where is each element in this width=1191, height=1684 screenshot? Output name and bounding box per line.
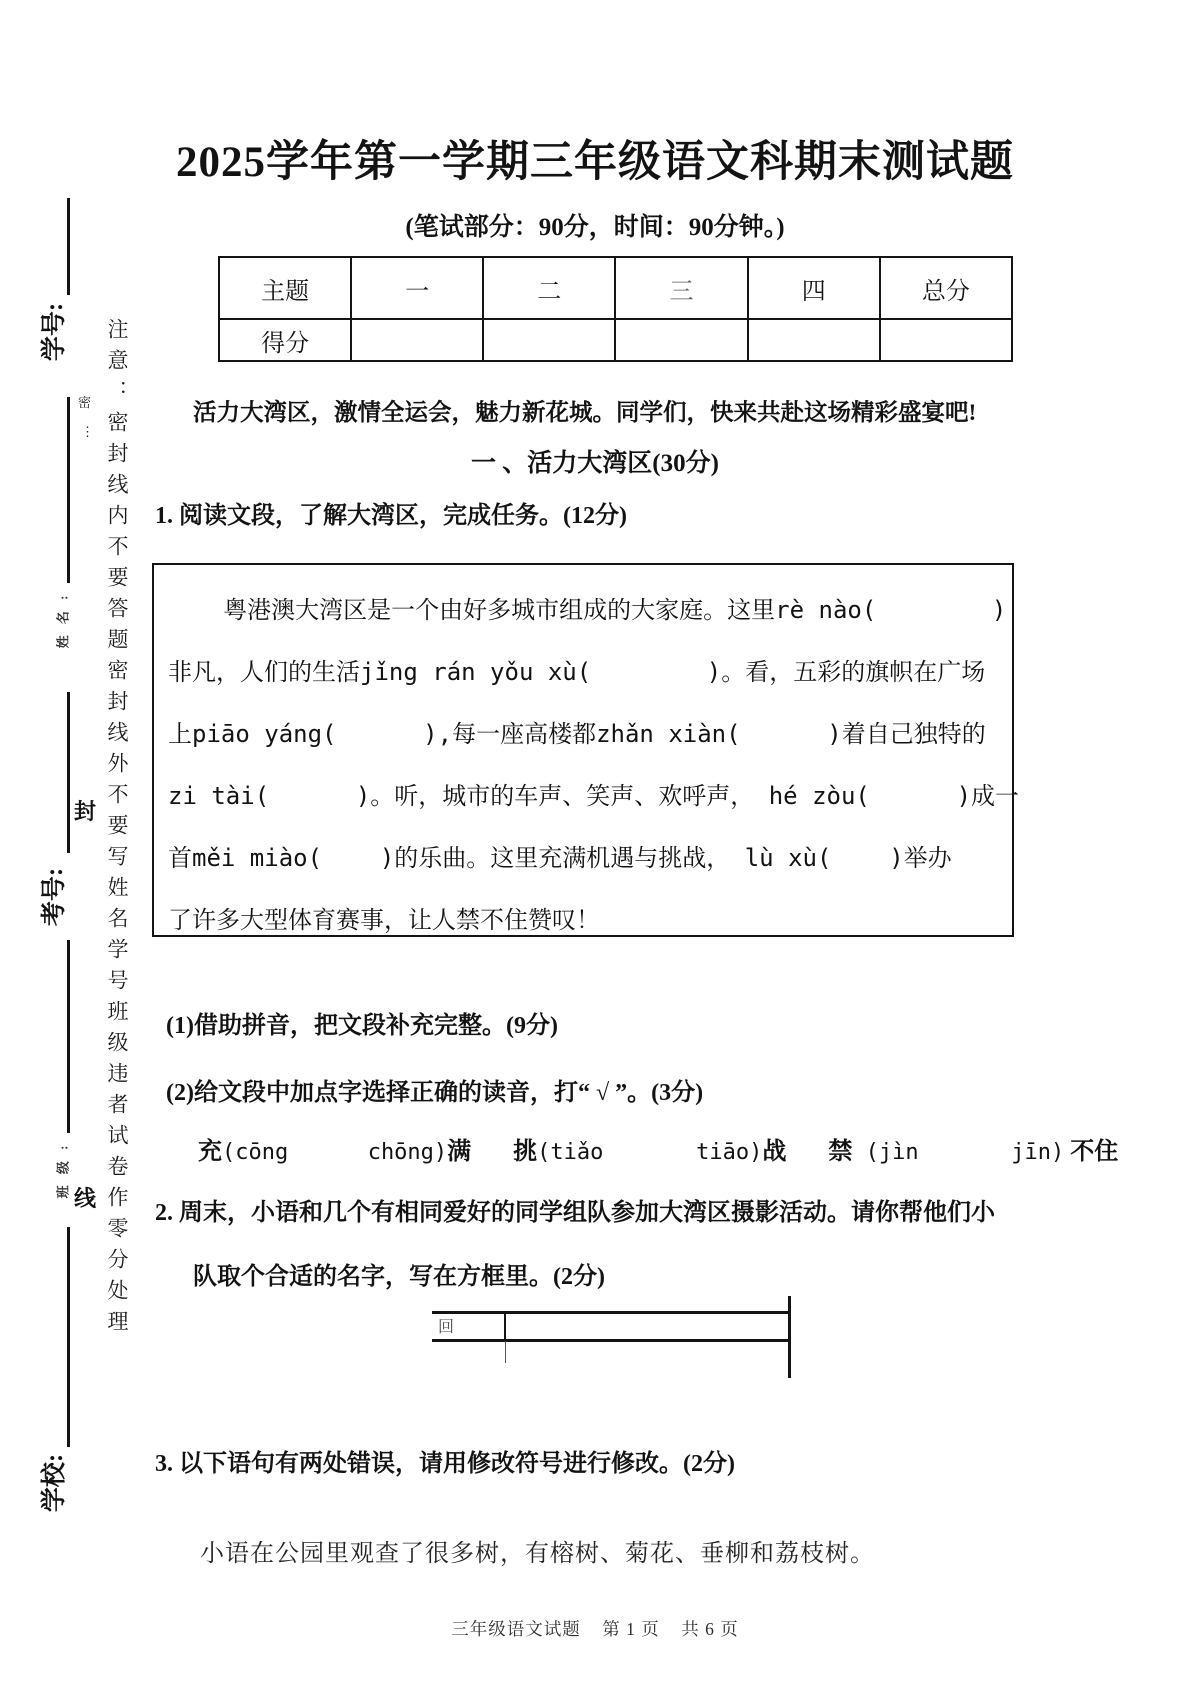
question1-label: 1. 阅读文段，了解大湾区，完成任务。(12分) (155, 495, 627, 530)
score-table-header-row: 主题 一 二 三 四 总分 (219, 257, 1012, 319)
seal-line-segment (67, 397, 70, 583)
passage-line: 了许多大型体育赛事，让人禁不住赞叹！ (168, 889, 998, 951)
score-table-cell-four: 四 (748, 257, 880, 319)
passage-line: 上piāo yáng( ),每一座高楼都zhǎn xiàn( )着自己独特的 (168, 703, 998, 765)
name-box-top-line (432, 1311, 790, 1314)
passage-line: 粤港澳大湾区是一个由好多城市组成的大家庭。这里rè nào( ) (168, 579, 998, 641)
pron-options: (tiǎo tiāo) (537, 1140, 762, 1165)
seal-label-exam-number: 考号: (34, 868, 70, 926)
seal-line-segment (67, 940, 70, 1133)
score-blank-cell (615, 319, 747, 361)
question3-label: 3. 以下语句有两处错误，请用修改符号进行修改。(2分) (155, 1443, 735, 1478)
seal-line-segment (67, 198, 70, 295)
pron-char: 战 (762, 1139, 786, 1165)
seal-line-segment (67, 692, 70, 853)
pron-char: 充 (198, 1139, 222, 1165)
pron-options: (jìn jīn) (852, 1140, 1064, 1165)
intro-sentence: 活力大湾区，激情全运会，魅力新花城。同学们，快来共赴这场精彩盛宴吧! (193, 393, 976, 427)
question2-line1: 2. 周末，小语和几个有相同爱好的同学组队参加大湾区摄影活动。请你帮他们小 (155, 1192, 995, 1227)
pron-options: (cōng chōng) (222, 1140, 447, 1165)
question3-sentence: 小语在公园里观查了很多树，有榕树、菊花、垂柳和荔枝树。 (200, 1533, 875, 1568)
score-table: 主题 一 二 三 四 总分 得分 (218, 256, 1013, 362)
name-box-bottom-line (432, 1339, 790, 1342)
passage-line: zi tài( )。听，城市的车声、笑声、欢呼声， hé zòu( )成一 (168, 765, 998, 827)
passage-line: 非凡，人们的生活jǐng rán yǒu xù( )。看，五彩的旗帜在广场 (168, 641, 998, 703)
page-subtitle: (笔试部分：90分，时间：90分钟。) (95, 207, 1095, 243)
name-box-tick (505, 1341, 506, 1363)
pron-char: 禁 (828, 1139, 852, 1165)
pron-char: 挑 (513, 1139, 537, 1165)
score-table-cell-topic: 主题 (219, 257, 351, 319)
score-blank-cell (351, 319, 483, 361)
score-table-cell-score-label: 得分 (219, 319, 351, 361)
page-footer: 三年级语文试题 第 1 页 共 6 页 (95, 1616, 1095, 1641)
seal-label-name: 姓 名 : (53, 592, 72, 649)
score-blank-cell (748, 319, 880, 361)
reading-passage-box: 粤港澳大湾区是一个由好多城市组成的大家庭。这里rè nào( ) 非凡，人们的生… (152, 563, 1014, 937)
score-table-cell-two: 二 (483, 257, 615, 319)
question2-line2: 队取个合适的名字，写在方框里。(2分) (193, 1256, 605, 1291)
seal-char-feng: 封 (74, 795, 96, 826)
section1-heading: 一 、活力大湾区(30分) (95, 443, 1095, 479)
name-box-divider (504, 1311, 506, 1341)
seal-char-xian: 线 (74, 1182, 96, 1213)
seal-line-segment (67, 1227, 70, 1447)
score-table-score-row: 得分 (219, 319, 1012, 361)
seal-char-mi: 密 (78, 392, 91, 411)
pron-char: 满 (447, 1139, 471, 1165)
exam-paper-page-1: 学号: 姓 名 : 考号: 班 级 : 学校: 密 ⋮ 封 线 注意：密封线内不… (0, 0, 1191, 1684)
pron-char: 不住 (1064, 1139, 1118, 1165)
score-blank-cell (880, 319, 1012, 361)
score-table-cell-three: 三 (615, 257, 747, 319)
name-box-right-line (788, 1296, 791, 1378)
score-blank-cell (483, 319, 615, 361)
seal-dots: ⋮ (81, 424, 94, 440)
page-title: 2025学年第一学期三年级语文科期末测试题 (95, 128, 1095, 189)
question1-sub1: (1)借助拼音，把文段补充完整。(9分) (166, 1005, 558, 1040)
score-table-cell-one: 一 (351, 257, 483, 319)
pronunciation-choice-line: 充(cōng chōng)满挑(tiǎo tiāo)战禁 (jìn jīn) 不… (198, 1131, 1118, 1166)
score-table-cell-total: 总分 (880, 257, 1012, 319)
anchor-box-icon: 回 (438, 1314, 454, 1337)
passage-line: 首měi miào( )的乐曲。这里充满机遇与挑战， lù xù( )举办 (168, 827, 998, 889)
seal-label-school: 学校: (34, 1454, 70, 1512)
question1-sub2: (2)给文段中加点字选择正确的读音，打“ √ ”。(3分) (166, 1072, 703, 1107)
seal-label-student-number: 学号: (34, 303, 70, 361)
seal-label-class: 班 级 : (53, 1142, 72, 1199)
